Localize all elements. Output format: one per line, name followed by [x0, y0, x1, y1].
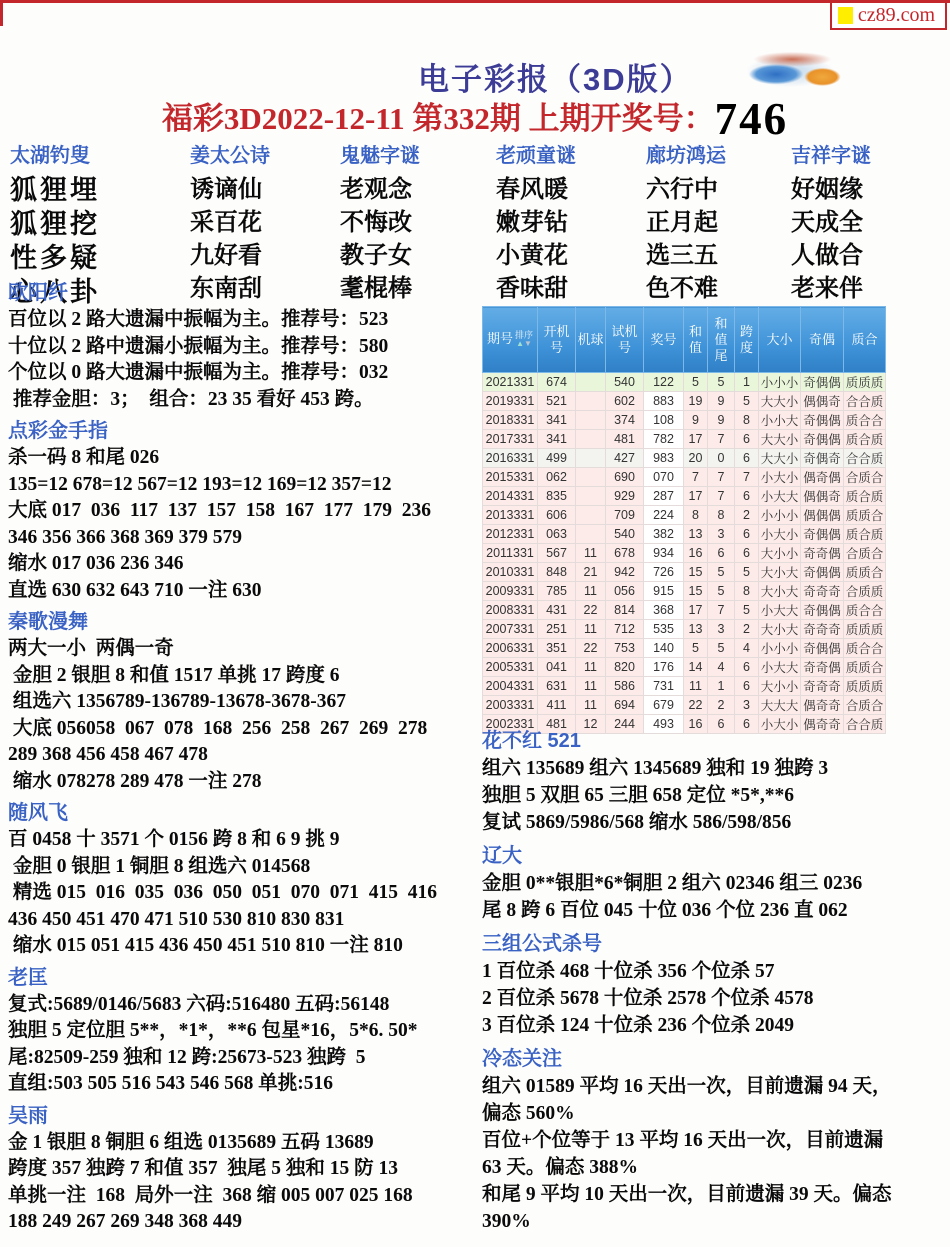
- table-cell: 9: [684, 411, 708, 430]
- table-cell: 质合质: [844, 525, 886, 544]
- table-cell: 质合合: [844, 411, 886, 430]
- table-cell: 694: [606, 696, 644, 715]
- table-cell: 7: [708, 468, 735, 487]
- table-cell: 17: [684, 601, 708, 620]
- table-row: 2007331251117125351332大小大奇奇奇质质质: [483, 620, 886, 639]
- table-cell: 合质合: [844, 696, 886, 715]
- table-cell: 540: [606, 525, 644, 544]
- table-cell: 奇奇偶: [801, 544, 844, 563]
- table-cell: 2018331: [483, 411, 538, 430]
- table-cell: 7: [735, 468, 759, 487]
- issue-line: 福彩3D2022-12-11 第332期 上期开奖号：746: [0, 93, 950, 145]
- section-title: 欧阳纤: [8, 280, 478, 307]
- puzzle-line: 人做合: [791, 239, 942, 272]
- section-line: 跨度 357 独跨 7 和值 357 独尾 5 独和 15 防 13: [8, 1156, 478, 1183]
- table-cell: 7: [684, 468, 708, 487]
- table-cell: 848: [538, 563, 576, 582]
- table-cell: [576, 411, 606, 430]
- table-cell: 小小大: [759, 411, 801, 430]
- table-cell: 大大小: [759, 430, 801, 449]
- table-cell: 983: [644, 449, 684, 468]
- table-cell: 小小小: [759, 639, 801, 658]
- table-cell: 2011331: [483, 544, 538, 563]
- table-cell: 606: [538, 506, 576, 525]
- table-cell: 6: [735, 430, 759, 449]
- section-line: 组六 135689 组六 1345689 独和 19 独跨 3: [482, 755, 946, 782]
- table-cell: 351: [538, 639, 576, 658]
- table-cell: 合质合: [844, 544, 886, 563]
- puzzle-title: 姜太公诗: [190, 139, 340, 168]
- puzzle-title: 老顽童谜: [496, 139, 646, 168]
- table-cell: 2009331: [483, 582, 538, 601]
- table-cell: 1: [735, 373, 759, 392]
- table-cell: 6: [735, 658, 759, 677]
- history-table-body: 2021331674540122551小小小奇偶偶质质质201933152160…: [483, 373, 886, 734]
- table-cell: 13: [684, 525, 708, 544]
- table-cell: 质合合: [844, 639, 886, 658]
- table-cell: 3: [708, 525, 735, 544]
- table-cell: 8: [735, 582, 759, 601]
- col-header-sum-tail: 和值尾: [708, 307, 735, 373]
- puzzle-title: 吉祥字谜: [791, 139, 942, 168]
- section-line: 百 0458 十 3571 个 0156 跨 8 和 6 9 挑 9: [8, 827, 478, 854]
- section-line: 组六 01589 平均 16 天出一次，目前遗漏 94 天，: [482, 1073, 946, 1100]
- table-cell: 小大大: [759, 658, 801, 677]
- table-cell: 小小小: [759, 373, 801, 392]
- top-red-rule: [0, 0, 950, 3]
- col-header-big-small: 大小: [759, 307, 801, 373]
- table-cell: 915: [644, 582, 684, 601]
- table-cell: 883: [644, 392, 684, 411]
- table-cell: 22: [576, 639, 606, 658]
- table-cell: 586: [606, 677, 644, 696]
- table-cell: 合质质: [844, 582, 886, 601]
- table-cell: 2017331: [483, 430, 538, 449]
- col-header-odd-even: 奇偶: [801, 307, 844, 373]
- table-cell: 大小大: [759, 563, 801, 582]
- puzzle-line: 狐狸埋: [10, 173, 190, 207]
- puzzle-title: 鬼魅字谜: [340, 139, 496, 168]
- left-section-2: 点彩金手指杀一码 8 和尾 026135=12 678=12 567=12 19…: [8, 418, 478, 604]
- section-line: 289 368 456 458 467 478: [8, 742, 478, 769]
- section-line: 杀一码 8 和尾 026: [8, 445, 478, 472]
- table-cell: 7: [708, 601, 735, 620]
- table-cell: 499: [538, 449, 576, 468]
- table-cell: 19: [684, 392, 708, 411]
- table-cell: 5: [735, 601, 759, 620]
- table-cell: 062: [538, 468, 576, 487]
- table-cell: 7: [708, 430, 735, 449]
- section-title: 点彩金手指: [8, 418, 478, 445]
- section-line: 缩水 017 036 236 346: [8, 551, 478, 578]
- table-cell: 678: [606, 544, 644, 563]
- table-cell: 2019331: [483, 392, 538, 411]
- table-cell: [576, 430, 606, 449]
- table-cell: 奇偶奇: [801, 449, 844, 468]
- table-cell: 小大大: [759, 601, 801, 620]
- table-row: 20143318359292871776小大大偶偶奇质合质: [483, 487, 886, 506]
- table-cell: [576, 468, 606, 487]
- table-cell: 奇偶偶: [801, 373, 844, 392]
- section-line: 两大一小 两偶一奇: [8, 636, 478, 663]
- table-cell: 063: [538, 525, 576, 544]
- col-header-prime-comp: 质合: [844, 307, 886, 373]
- table-cell: 631: [538, 677, 576, 696]
- table-cell: 934: [644, 544, 684, 563]
- table-cell: 8: [708, 506, 735, 525]
- table-cell: 奇偶偶: [801, 601, 844, 620]
- table-cell: 0: [708, 449, 735, 468]
- table-cell: 8: [735, 411, 759, 430]
- section-line: 十位以 2 路中遗漏小振幅为主。推荐号：580: [8, 334, 478, 361]
- table-cell: 小大小: [759, 525, 801, 544]
- table-cell: 2008331: [483, 601, 538, 620]
- table-cell: 14: [684, 658, 708, 677]
- table-cell: 大小大: [759, 620, 801, 639]
- table-cell: [576, 487, 606, 506]
- col-header-test-number: 试机号: [606, 307, 644, 373]
- section-title: 冷态关注: [482, 1046, 946, 1073]
- table-cell: 041: [538, 658, 576, 677]
- table-row: 20163314994279832006大大小奇偶奇合合质: [483, 449, 886, 468]
- puzzle-line: 教子女: [340, 239, 496, 272]
- section-line: 缩水 078278 289 478 一注 278: [8, 769, 478, 796]
- table-cell: 540: [606, 373, 644, 392]
- table-row: 2005331041118201761446小大大奇奇偶质质合: [483, 658, 886, 677]
- table-cell: 2: [708, 696, 735, 715]
- table-cell: 820: [606, 658, 644, 677]
- table-cell: 5: [684, 373, 708, 392]
- table-cell: 2014331: [483, 487, 538, 506]
- table-row: 2004331631115867311116大小小奇奇奇质质质: [483, 677, 886, 696]
- puzzle-line: 正月起: [646, 206, 791, 239]
- table-cell: 535: [644, 620, 684, 639]
- table-cell: 偶偶奇: [801, 392, 844, 411]
- table-cell: [576, 506, 606, 525]
- puzzle-line: 不悔改: [340, 206, 496, 239]
- table-cell: 368: [644, 601, 684, 620]
- table-cell: 2006331: [483, 639, 538, 658]
- table-cell: 2003331: [483, 696, 538, 715]
- table-cell: 2007331: [483, 620, 538, 639]
- section-line: 尾:82509-259 独和 12 跨:25673-523 独跨 5: [8, 1045, 478, 1072]
- section-line: 复试 5869/5986/568 缩水 586/598/856: [482, 809, 946, 836]
- puzzle-line: 色不难: [646, 272, 791, 305]
- table-header-row: 期号排序▲▼ 开机号 机球 试机号 奖号 和值 和值尾 跨度 大小 奇偶 质合: [483, 307, 886, 373]
- table-cell: 481: [606, 430, 644, 449]
- section-line: 346 356 366 368 369 379 579: [8, 525, 478, 552]
- section-line: 复式:5689/0146/5683 六码:516480 五码:56148: [8, 992, 478, 1019]
- table-cell: 929: [606, 487, 644, 506]
- puzzle-column-4: 老顽童谜春风暖嫩芽钻小黄花香味甜: [496, 139, 646, 309]
- table-cell: 质质合: [844, 658, 886, 677]
- table-cell: 341: [538, 430, 576, 449]
- table-row: 2018331341374108998小小大奇偶偶质合合: [483, 411, 886, 430]
- section-line: 金胆 0 银胆 1 铜胆 8 组选六 014568: [8, 854, 478, 881]
- table-cell: 176: [644, 658, 684, 677]
- puzzle-line: 选三五: [646, 239, 791, 272]
- puzzle-line: 性多疑: [10, 241, 190, 275]
- table-cell: 合合质: [844, 392, 886, 411]
- table-cell: 6: [708, 544, 735, 563]
- left-section-5: 老匡复式:5689/0146/5683 六码:516480 五码:56148独胆…: [8, 965, 478, 1098]
- table-cell: 6: [735, 449, 759, 468]
- section-line: 大底 017 036 117 137 157 158 167 177 179 2…: [8, 498, 478, 525]
- table-cell: 122: [644, 373, 684, 392]
- section-title: 随风飞: [8, 800, 478, 827]
- table-cell: 2: [735, 620, 759, 639]
- puzzle-line: 春风暖: [496, 173, 646, 206]
- section-title: 老匡: [8, 965, 478, 992]
- puzzle-line: 采百花: [190, 206, 340, 239]
- table-cell: 质质质: [844, 620, 886, 639]
- table-cell: 小小小: [759, 506, 801, 525]
- puzzle-line: 九好看: [190, 239, 340, 272]
- table-cell: 070: [644, 468, 684, 487]
- table-cell: 6: [735, 487, 759, 506]
- section-line: 个位以 0 路大遗漏中振幅为主。推荐号：032: [8, 360, 478, 387]
- left-column: 欧阳纤百位以 2 路大遗漏中振幅为主。推荐号：523十位以 2 路中遗漏小振幅为…: [8, 280, 478, 1241]
- col-header-label: 期号: [487, 331, 513, 346]
- yellow-square-icon: [838, 7, 853, 24]
- section-line: 金 1 银胆 8 铜胆 6 组选 0135689 五码 13689: [8, 1130, 478, 1157]
- left-section-4: 随风飞百 0458 十 3571 个 0156 跨 8 和 6 9 挑 9 金胆…: [8, 800, 478, 960]
- table-cell: 108: [644, 411, 684, 430]
- table-cell: 20: [684, 449, 708, 468]
- site-badge-link[interactable]: cz89.com: [830, 1, 947, 30]
- puzzle-title: 廊坊鸿运: [646, 139, 791, 168]
- col-header-open-number: 开机号: [538, 307, 576, 373]
- section-line: 63 天。偏态 388%: [482, 1154, 946, 1181]
- table-cell: 2010331: [483, 563, 538, 582]
- section-line: 金胆 2 银胆 8 和值 1517 单挑 17 跨度 6: [8, 663, 478, 690]
- puzzle-title: 太湖钓叟: [10, 139, 190, 168]
- table-cell: 726: [644, 563, 684, 582]
- table-cell: 大大小: [759, 392, 801, 411]
- table-cell: 567: [538, 544, 576, 563]
- puzzle-line: 嫩芽钻: [496, 206, 646, 239]
- table-cell: 709: [606, 506, 644, 525]
- table-cell: 小大小: [759, 468, 801, 487]
- section-line: 独胆 5 双胆 65 三胆 658 定位 *5*,**6: [482, 782, 946, 809]
- table-row: 2011331567116789341666大小小奇奇偶合质合: [483, 544, 886, 563]
- section-line: 直选 630 632 643 710 一注 630: [8, 578, 478, 605]
- puzzle-line: 老来伴: [791, 272, 942, 305]
- table-cell: 5: [708, 582, 735, 601]
- table-row: 200633135122753140554小小小奇偶偶质合合: [483, 639, 886, 658]
- table-cell: 大大小: [759, 449, 801, 468]
- table-cell: 17: [684, 430, 708, 449]
- table-cell: 3: [735, 696, 759, 715]
- right-column-sections: 花不红 521组六 135689 组六 1345689 独和 19 独跨 3独胆…: [482, 728, 946, 1242]
- table-cell: 奇偶偶: [801, 639, 844, 658]
- col-header-prize-number: 奖号: [644, 307, 684, 373]
- table-cell: 21: [576, 563, 606, 582]
- section-line: 百位以 2 路大遗漏中振幅为主。推荐号：523: [8, 307, 478, 334]
- table-cell: 411: [538, 696, 576, 715]
- left-section-3: 秦歌漫舞两大一小 两偶一奇 金胆 2 银胆 8 和值 1517 单挑 17 跨度…: [8, 609, 478, 795]
- issue-prefix: 福彩3D2022-12-11 第332期 上期开奖号：: [162, 101, 715, 136]
- table-cell: 奇偶偶: [801, 430, 844, 449]
- table-row: 2015331062690070777小大小偶奇偶合质合: [483, 468, 886, 487]
- history-table: 期号排序▲▼ 开机号 机球 试机号 奖号 和值 和值尾 跨度 大小 奇偶 质合 …: [482, 306, 886, 734]
- section-title: 花不红 521: [482, 728, 946, 755]
- table-cell: 224: [644, 506, 684, 525]
- table-cell: 2005331: [483, 658, 538, 677]
- table-cell: 质合质: [844, 430, 886, 449]
- table-cell: 341: [538, 411, 576, 430]
- table-cell: 11: [684, 677, 708, 696]
- table-cell: 5: [708, 639, 735, 658]
- section-title: 吴雨: [8, 1103, 478, 1130]
- table-cell: 16: [684, 544, 708, 563]
- left-red-rule: [0, 0, 3, 26]
- table-row: 2010331848219427261555大小大奇偶偶质质合: [483, 563, 886, 582]
- table-cell: 2004331: [483, 677, 538, 696]
- table-cell: 4: [735, 639, 759, 658]
- table-cell: 782: [644, 430, 684, 449]
- table-cell: 690: [606, 468, 644, 487]
- table-row: 20173313414817821776大大小奇偶偶质合质: [483, 430, 886, 449]
- table-cell: 2013331: [483, 506, 538, 525]
- section-line: 尾 8 跨 6 百位 045 十位 036 个位 236 直 062: [482, 897, 946, 924]
- table-cell: 质质质: [844, 677, 886, 696]
- col-header-span: 跨度: [735, 307, 759, 373]
- sort-arrows-icon: ▲▼: [515, 340, 533, 348]
- brand-logo-image: [732, 47, 848, 91]
- site-badge-label: cz89.com: [858, 4, 935, 27]
- table-cell: [576, 449, 606, 468]
- col-header-machine-ball: 机球: [576, 307, 606, 373]
- table-cell: 偶奇奇: [801, 696, 844, 715]
- section-line: 百位+个位等于 13 平均 16 天出一次，目前遗漏: [482, 1127, 946, 1154]
- right-section-2: 辽大金胆 0**银胆*6*铜胆 2 组六 02346 组三 0236尾 8 跨 …: [482, 843, 946, 924]
- table-cell: 15: [684, 563, 708, 582]
- table-cell: 合合质: [844, 449, 886, 468]
- right-section-3: 三组公式杀号1 百位杀 468 十位杀 356 个位杀 572 百位杀 5678…: [482, 931, 946, 1039]
- section-line: 偏态 560%: [482, 1100, 946, 1127]
- table-row: 20123310635403821336小大小奇偶偶质合质: [483, 525, 886, 544]
- table-cell: 251: [538, 620, 576, 639]
- table-cell: 5: [684, 639, 708, 658]
- table-cell: 731: [644, 677, 684, 696]
- section-title: 秦歌漫舞: [8, 609, 478, 636]
- table-row: 2008331431228143681775小大大奇偶偶质合合: [483, 601, 886, 620]
- table-cell: 5: [708, 563, 735, 582]
- table-cell: 2012331: [483, 525, 538, 544]
- left-section-1: 欧阳纤百位以 2 路大遗漏中振幅为主。推荐号：523十位以 2 路中遗漏小振幅为…: [8, 280, 478, 413]
- table-cell: 5: [735, 392, 759, 411]
- table-cell: 合质合: [844, 468, 886, 487]
- table-cell: 偶偶偶: [801, 506, 844, 525]
- section-line: 单挑一注 168 局外一注 368 缩 005 007 025 168: [8, 1183, 478, 1210]
- table-cell: 大小大: [759, 582, 801, 601]
- table-cell: 大小小: [759, 544, 801, 563]
- table-cell: 427: [606, 449, 644, 468]
- table-row: 2003331411116946792223大大大偶奇奇合质合: [483, 696, 886, 715]
- table-cell: 140: [644, 639, 684, 658]
- table-cell: 奇偶偶: [801, 525, 844, 544]
- puzzle-line: 天成全: [791, 206, 942, 239]
- table-cell: [576, 392, 606, 411]
- table-cell: 2021331: [483, 373, 538, 392]
- table-row: 2009331785110569151558大小大奇奇奇合质质: [483, 582, 886, 601]
- right-section-4: 冷态关注组六 01589 平均 16 天出一次，目前遗漏 94 天，偏态 560…: [482, 1046, 946, 1235]
- table-cell: 偶奇偶: [801, 468, 844, 487]
- section-line: 135=12 678=12 567=12 193=12 169=12 357=1…: [8, 472, 478, 499]
- table-cell: 6: [735, 677, 759, 696]
- table-cell: 431: [538, 601, 576, 620]
- puzzle-line: 小黄花: [496, 239, 646, 272]
- col-header-issue: 期号排序▲▼: [483, 307, 538, 373]
- table-cell: 8: [684, 506, 708, 525]
- table-cell: 785: [538, 582, 576, 601]
- right-section-1: 花不红 521组六 135689 组六 1345689 独和 19 独跨 3独胆…: [482, 728, 946, 836]
- table-cell: 13: [684, 620, 708, 639]
- section-line: 缩水 015 051 415 436 450 451 510 810 一注 81…: [8, 933, 478, 960]
- table-cell: 1: [708, 677, 735, 696]
- col-header-sum: 和值: [684, 307, 708, 373]
- section-line: 2 百位杀 5678 十位杀 2578 个位杀 4578: [482, 985, 946, 1012]
- table-cell: [576, 373, 606, 392]
- table-cell: 奇偶偶: [801, 563, 844, 582]
- table-cell: 11: [576, 582, 606, 601]
- puzzle-line: 老观念: [340, 173, 496, 206]
- table-cell: 9: [708, 411, 735, 430]
- table-cell: 奇偶偶: [801, 411, 844, 430]
- section-line: 1 百位杀 468 十位杀 356 个位杀 57: [482, 958, 946, 985]
- table-cell: 15: [684, 582, 708, 601]
- table-cell: 大小小: [759, 677, 801, 696]
- table-cell: 374: [606, 411, 644, 430]
- section-line: 独胆 5 定位胆 5**，*1*，**6 包星*16，5*6. 50*: [8, 1018, 478, 1045]
- section-line: 3 百位杀 124 十位杀 236 个位杀 2049: [482, 1012, 946, 1039]
- section-line: 390%: [482, 1208, 946, 1235]
- puzzle-column-5: 廊坊鸿运六行中正月起选三五色不难: [646, 139, 791, 309]
- table-cell: 11: [576, 544, 606, 563]
- table-cell: 质合质: [844, 487, 886, 506]
- table-cell: 质质合: [844, 563, 886, 582]
- table-cell: 22: [576, 601, 606, 620]
- table-cell: 814: [606, 601, 644, 620]
- table-cell: 偶偶奇: [801, 487, 844, 506]
- puzzle-line: 好姻缘: [791, 173, 942, 206]
- table-cell: 5: [708, 373, 735, 392]
- table-cell: 2016331: [483, 449, 538, 468]
- section-title: 三组公式杀号: [482, 931, 946, 958]
- section-line: 大底 056058 067 078 168 256 258 267 269 27…: [8, 716, 478, 743]
- puzzle-column-6: 吉祥字谜好姻缘天成全人做合老来伴: [791, 139, 942, 309]
- section-line: 直组:503 505 516 543 546 568 单挑:516: [8, 1071, 478, 1098]
- section-line: 推荐金胆：3； 组合：23 35 看好 453 跨。: [8, 387, 478, 414]
- table-cell: 7: [708, 487, 735, 506]
- sort-control[interactable]: 排序▲▼: [515, 331, 533, 348]
- table-row: 2013331606709224882小小小偶偶偶质质合: [483, 506, 886, 525]
- section-line: 组选六 1356789-136789-13678-3678-367: [8, 689, 478, 716]
- table-cell: 11: [576, 677, 606, 696]
- table-row: 20193315216028831995大大小偶偶奇合合质: [483, 392, 886, 411]
- table-cell: 942: [606, 563, 644, 582]
- table-row: 2021331674540122551小小小奇偶偶质质质: [483, 373, 886, 392]
- table-cell: 11: [576, 696, 606, 715]
- table-cell: 6: [735, 544, 759, 563]
- section-line: 436 450 451 470 471 510 530 810 830 831: [8, 907, 478, 934]
- section-title: 辽大: [482, 843, 946, 870]
- table-cell: 奇奇偶: [801, 658, 844, 677]
- table-cell: 9: [708, 392, 735, 411]
- table-cell: 674: [538, 373, 576, 392]
- table-cell: 质合合: [844, 601, 886, 620]
